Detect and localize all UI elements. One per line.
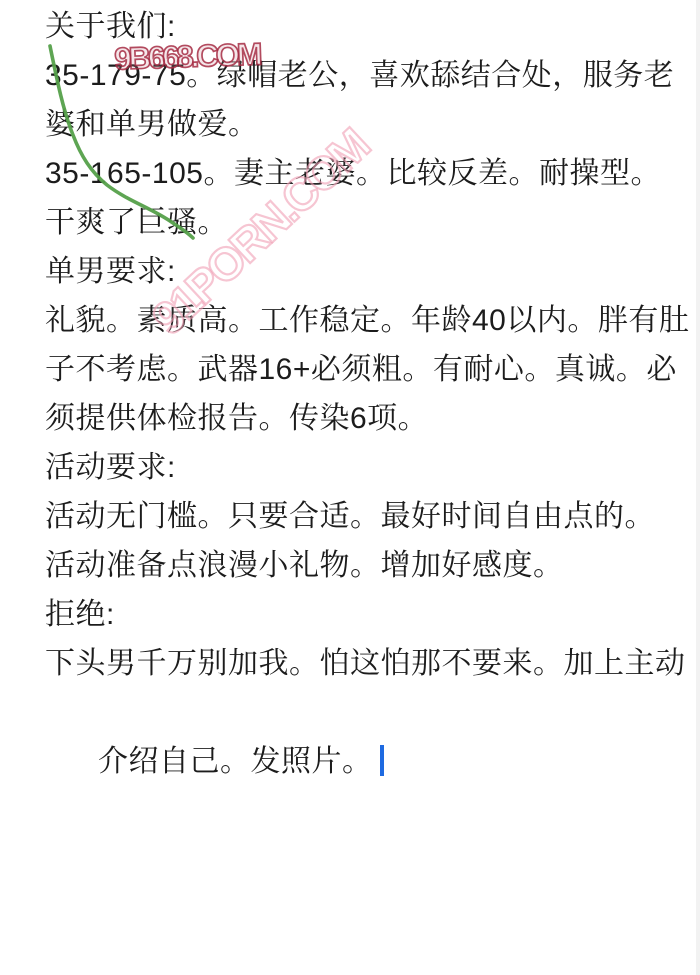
text-editor[interactable]: 关于我们: 35-179-75。绿帽老公，喜欢舔结合处，服务老 婆和单男做爱。 … <box>0 0 700 975</box>
text-line: 拒绝: <box>45 590 684 639</box>
text-line: 介绍自己。发照片。 <box>45 688 684 835</box>
text-line: 关于我们: <box>45 2 684 51</box>
text-line: 婆和单男做爱。 <box>45 100 684 149</box>
text-cursor <box>380 745 384 776</box>
text-line: 活动要求: <box>45 443 684 492</box>
text-line: 活动准备点浪漫小礼物。增加好感度。 <box>45 541 684 590</box>
text-line: 单男要求: <box>45 247 684 296</box>
text-line: 子不考虑。武器16+必须粗。有耐心。真诚。必 <box>45 345 684 394</box>
app-screen: 关于我们: 35-179-75。绿帽老公，喜欢舔结合处，服务老 婆和单男做爱。 … <box>0 0 700 975</box>
text-line: 礼貌。素质高。工作稳定。年龄40以内。胖有肚 <box>45 296 684 345</box>
text-line: 35-179-75。绿帽老公，喜欢舔结合处，服务老 <box>45 51 684 100</box>
text-line-content: 介绍自己。发照片。 <box>98 745 373 778</box>
right-edge-strip <box>696 0 700 975</box>
text-line: 35-165-105。妻主老婆。比较反差。耐操型。 <box>45 149 684 198</box>
text-line: 须提供体检报告。传染6项。 <box>45 394 684 443</box>
text-line: 活动无门槛。只要合适。最好时间自由点的。 <box>45 492 684 541</box>
text-line: 干爽了巨骚。 <box>45 198 684 247</box>
text-line: 下头男千万别加我。怕这怕那不要来。加上主动 <box>45 639 684 688</box>
